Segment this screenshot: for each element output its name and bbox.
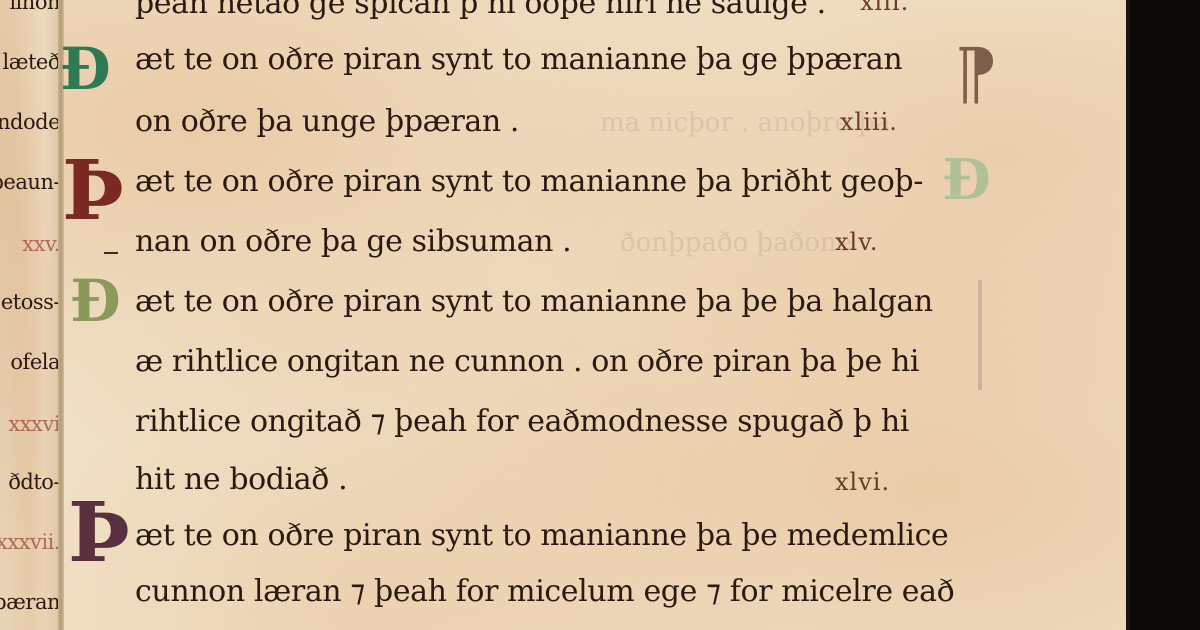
facing-page-rubric: xxv.	[22, 232, 60, 256]
facing-page-line: pæran	[0, 590, 60, 614]
line-filler-dash	[104, 252, 118, 254]
chapter-numeral: xlv.	[835, 228, 879, 256]
chapter-numeral: xlvi.	[835, 468, 890, 496]
facing-page-line: ofela	[10, 350, 60, 374]
facing-page-line: etoss-	[1, 290, 60, 314]
paragraph-mark-icon: ⁋	[955, 35, 998, 114]
margin-stroke	[978, 280, 982, 390]
text-line: æ rihtlice ongitan ne cunnon . on oðre p…	[135, 344, 919, 379]
decorated-initial-thorn-purple: Þ	[68, 492, 130, 574]
text-line: rihtlice ongitað ⁊ þeah for eaðmodnesse …	[135, 404, 909, 439]
facing-page-line: peaun-	[0, 170, 60, 194]
page-edge	[1126, 0, 1130, 630]
decorated-initial-eth-green: Ð	[60, 40, 111, 98]
text-line: pean hetað ge sþican þ hi oðþe hiri ne s…	[135, 0, 826, 21]
facing-page-line: þ læteð	[0, 50, 60, 74]
text-line: nan on oðre þa ge sibsuman .	[135, 224, 571, 259]
text-line: æt te on oðre piran synt to manianne þa …	[135, 164, 923, 199]
text-line: æt te on oðre piran synt to manianne þa …	[135, 42, 902, 77]
chapter-numeral: xlii.	[860, 0, 909, 16]
facing-page-fragment: ilnon þ læteð ndode peaun- xxv. etoss- o…	[0, 0, 62, 630]
facing-page-rubric: xxxvii.	[0, 530, 60, 554]
facing-page-line: ilnon	[9, 0, 60, 14]
facing-page-line: ndode	[0, 110, 60, 134]
margin-initial-faded: Ð	[942, 152, 991, 208]
text-line: æt te on oðre piran synt to manianne þa …	[135, 284, 933, 319]
text-line: cunnon læran ⁊ þeah for micelum ege ⁊ fo…	[135, 574, 954, 609]
text-line: on oðre þa unge þpæran .	[135, 104, 519, 139]
facing-page-rubric: xxxvi	[8, 412, 60, 436]
decorated-initial-eth-olive: Ð	[70, 272, 121, 330]
facing-page-line: ðdto-	[8, 470, 60, 494]
text-line: æt te on oðre piran synt to manianne þa …	[135, 518, 948, 553]
decorated-initial-thorn-red: Þ	[62, 150, 124, 232]
chapter-numeral: xliii.	[840, 108, 898, 136]
show-through-text: ðonþpaðo þaðone	[620, 228, 852, 258]
text-line: hit ne bodiað .	[135, 462, 347, 497]
